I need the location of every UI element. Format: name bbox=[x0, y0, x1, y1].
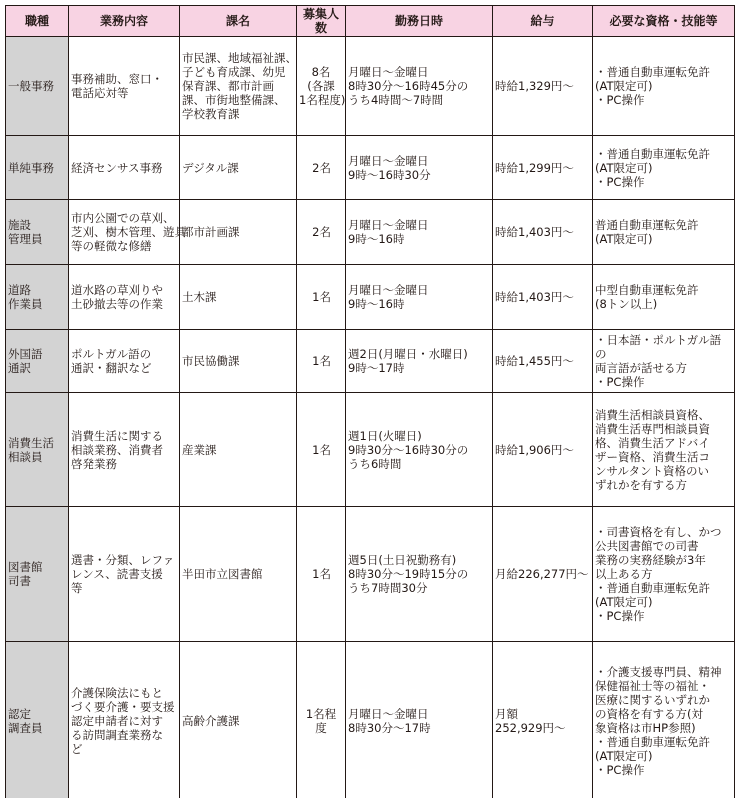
job-type-line: 作業員 bbox=[8, 297, 66, 311]
work-hours-cell: 月曜日～金曜日9時～16時 bbox=[346, 265, 493, 330]
job-type-cell: 消費生活相談員 bbox=[6, 393, 69, 507]
duties-line: 等の軽微な修繕 bbox=[71, 239, 177, 253]
job-type-line: 施設 bbox=[8, 218, 66, 232]
duties-line: レンス、読書支援 bbox=[71, 567, 177, 581]
job-type-line: 相談員 bbox=[8, 450, 66, 464]
duties-line: 介護保険法にもと bbox=[71, 686, 177, 700]
job-type-line: 道路 bbox=[8, 283, 66, 297]
work-hours-line: 週2日(月曜日・水曜日) bbox=[348, 347, 490, 361]
openings-line: 1名 bbox=[299, 290, 331, 304]
work-hours-line: 週1日(火曜日) bbox=[348, 429, 490, 443]
qualifications-line: ンサルタント資格のい bbox=[595, 464, 732, 478]
openings-line: 1名 bbox=[299, 443, 331, 457]
openings-cell: 1名 bbox=[297, 330, 346, 393]
job-type-cell: 道路作業員 bbox=[6, 265, 69, 330]
duties-line: 電話応対等 bbox=[71, 86, 177, 100]
qualifications-line: ・PC操作 bbox=[595, 763, 732, 777]
qualifications-line: ・普通自動車運転免許 bbox=[595, 147, 732, 161]
work-hours-cell: 週1日(火曜日)9時30分～16時30分のうち6時間 bbox=[346, 393, 493, 507]
department-cell: 市民課、地域福祉課、子ども育成課、幼児保育課、都市計画課、市街地整備課、学校教育… bbox=[180, 37, 297, 136]
department-cell: 土木課 bbox=[180, 265, 297, 330]
qualifications-line: 公共図書館での司書 bbox=[595, 539, 732, 553]
qualifications-line: (AT限定可) bbox=[595, 595, 732, 609]
duties-line: ポルトガル語の bbox=[71, 347, 177, 361]
header-job-type: 職種 bbox=[6, 6, 69, 37]
qualifications-line: ・介護支援専門員、精神 bbox=[595, 665, 732, 679]
qualifications-line: (AT限定可) bbox=[595, 232, 732, 246]
department-line: 課、市街地整備課、 bbox=[182, 93, 294, 107]
job-listing-table: 職種 業務内容 課名 募集人数 勤務日時 給与 必要な資格・技能等 一般事務事務… bbox=[5, 5, 735, 798]
job-type-line: 認定 bbox=[8, 707, 66, 721]
pay-cell: 時給1,329円～ bbox=[493, 37, 593, 136]
duties-cell: 市内公園での草刈、芝刈、樹木管理、遊具等の軽微な修繕 bbox=[69, 200, 180, 265]
department-cell: 都市計画課 bbox=[180, 200, 297, 265]
work-hours-line: うち7時間30分 bbox=[348, 581, 490, 595]
work-hours-line: 月曜日～金曜日 bbox=[348, 707, 490, 721]
pay-line: 252,929円～ bbox=[495, 721, 590, 735]
work-hours-line: 週5日(土日祝勤務有) bbox=[348, 553, 490, 567]
pay-cell: 月給226,277円～ bbox=[493, 507, 593, 642]
job-type-cell: 施設管理員 bbox=[6, 200, 69, 265]
pay-line: 時給1,403円～ bbox=[495, 225, 590, 239]
work-hours-cell: 月曜日～金曜日8時30分～16時45分のうち4時間～7時間 bbox=[346, 37, 493, 136]
pay-line: 月給226,277円～ bbox=[495, 567, 590, 581]
job-type-line: 外国語 bbox=[8, 347, 66, 361]
department-line: 学校教育課 bbox=[182, 107, 294, 121]
openings-line: 1名 bbox=[299, 567, 331, 581]
table-row: 一般事務事務補助、窓口・電話応対等市民課、地域福祉課、子ども育成課、幼児保育課、… bbox=[6, 37, 735, 136]
openings-line: 1名 bbox=[299, 354, 331, 368]
work-hours-line: 8時30分～16時45分の bbox=[348, 79, 490, 93]
qualifications-line: 普通自動車運転免許 bbox=[595, 218, 732, 232]
qualifications-cell: ・司書資格を有し、かつ 公共図書館での司書 業務の実務経験が3年 以上ある方・普… bbox=[593, 507, 735, 642]
header-row: 職種 業務内容 課名 募集人数 勤務日時 給与 必要な資格・技能等 bbox=[6, 6, 735, 37]
work-hours-cell: 週5日(土日祝勤務有)8時30分～19時15分のうち7時間30分 bbox=[346, 507, 493, 642]
table-row: 施設管理員市内公園での草刈、芝刈、樹木管理、遊具等の軽微な修繕都市計画課2名月曜… bbox=[6, 200, 735, 265]
pay-cell: 時給1,906円～ bbox=[493, 393, 593, 507]
job-type-cell: 一般事務 bbox=[6, 37, 69, 136]
openings-line: 度 bbox=[299, 721, 343, 735]
openings-cell: 2名 bbox=[297, 200, 346, 265]
department-line: 保育課、都市計画 bbox=[182, 79, 294, 93]
work-hours-line: 月曜日～金曜日 bbox=[348, 283, 490, 297]
table-row: 単純事務経済センサス事務デジタル課2名月曜日～金曜日9時～16時30分時給1,2… bbox=[6, 136, 735, 200]
job-type-line: 単純事務 bbox=[8, 161, 66, 175]
work-hours-line: 8時30分～19時15分の bbox=[348, 567, 490, 581]
work-hours-cell: 月曜日～金曜日9時～16時 bbox=[346, 200, 493, 265]
pay-line: 時給1,906円～ bbox=[495, 443, 590, 457]
job-type-line: 司書 bbox=[8, 574, 66, 588]
job-type-cell: 認定調査員 bbox=[6, 642, 69, 798]
openings-line: 2名 bbox=[299, 225, 331, 239]
job-type-line: 図書館 bbox=[8, 560, 66, 574]
header-openings: 募集人数 bbox=[297, 6, 346, 37]
work-hours-line: 9時～16時 bbox=[348, 232, 490, 246]
job-type-cell: 外国語通訳 bbox=[6, 330, 69, 393]
table-body: 一般事務事務補助、窓口・電話応対等市民課、地域福祉課、子ども育成課、幼児保育課、… bbox=[6, 37, 735, 798]
duties-line: 消費生活に関する bbox=[71, 429, 177, 443]
job-type-line: 一般事務 bbox=[8, 79, 66, 93]
job-type-cell: 図書館司書 bbox=[6, 507, 69, 642]
duties-line: 選書・分類、レファ bbox=[71, 553, 177, 567]
qualifications-line: (AT限定可) bbox=[595, 79, 732, 93]
department-cell: デジタル課 bbox=[180, 136, 297, 200]
department-line: 産業課 bbox=[182, 443, 294, 457]
qualifications-line: 格、消費生活アドバイ bbox=[595, 436, 732, 450]
department-line: 半田市立図書館 bbox=[182, 567, 294, 581]
openings-cell: 1名程度 bbox=[297, 642, 346, 798]
duties-line: る訪問調査業務な bbox=[71, 728, 177, 742]
qualifications-line: の資格を有する方(対 bbox=[595, 707, 732, 721]
qualifications-line: ・普通自動車運転免許 bbox=[595, 735, 732, 749]
duties-cell: 選書・分類、レファレンス、読書支援等 bbox=[69, 507, 180, 642]
qualifications-line: ・日本語・ポルトガル語の bbox=[595, 333, 732, 361]
work-hours-line: うち6時間 bbox=[348, 457, 490, 471]
duties-line: 道水路の草刈りや bbox=[71, 283, 177, 297]
duties-line: 通訳・翻訳など bbox=[71, 361, 177, 375]
openings-cell: 2名 bbox=[297, 136, 346, 200]
duties-line: 芝刈、樹木管理、遊具 bbox=[71, 225, 177, 239]
work-hours-cell: 週2日(月曜日・水曜日)9時～17時 bbox=[346, 330, 493, 393]
department-cell: 高齢介護課 bbox=[180, 642, 297, 798]
pay-cell: 時給1,403円～ bbox=[493, 200, 593, 265]
header-qualifications: 必要な資格・技能等 bbox=[593, 6, 735, 37]
qualifications-line: 消費生活相談員資格、 bbox=[595, 408, 732, 422]
qualifications-cell: ・介護支援専門員、精神 保健福祉士等の福祉・ 医療に関するいずれか の資格を有す… bbox=[593, 642, 735, 798]
header-department: 課名 bbox=[180, 6, 297, 37]
department-cell: 半田市立図書館 bbox=[180, 507, 297, 642]
duties-cell: 道水路の草刈りや土砂撤去等の作業 bbox=[69, 265, 180, 330]
qualifications-line: (AT限定可) bbox=[595, 161, 732, 175]
openings-line: 1名程 bbox=[299, 707, 343, 721]
department-line: 土木課 bbox=[182, 290, 294, 304]
qualifications-line: ・PC操作 bbox=[595, 609, 732, 623]
duties-line: 啓発業務 bbox=[71, 457, 177, 471]
duties-cell: ポルトガル語の通訳・翻訳など bbox=[69, 330, 180, 393]
department-cell: 市民協働課 bbox=[180, 330, 297, 393]
job-type-cell: 単純事務 bbox=[6, 136, 69, 200]
qualifications-line: ・PC操作 bbox=[595, 93, 732, 107]
qualifications-line: 中型自動車運転免許 bbox=[595, 283, 732, 297]
work-hours-line: 月曜日～金曜日 bbox=[348, 154, 490, 168]
openings-line: 8名 bbox=[299, 65, 343, 79]
department-line: 市民協働課 bbox=[182, 354, 294, 368]
duties-line: 等 bbox=[71, 581, 177, 595]
work-hours-cell: 月曜日～金曜日8時30分～17時 bbox=[346, 642, 493, 798]
duties-line: 認定申請者に対す bbox=[71, 714, 177, 728]
qualifications-line: ・普通自動車運転免許 bbox=[595, 581, 732, 595]
header-duties: 業務内容 bbox=[69, 6, 180, 37]
pay-line: 時給1,329円～ bbox=[495, 79, 590, 93]
department-line: 市民課、地域福祉課、 bbox=[182, 51, 294, 65]
job-type-line: 管理員 bbox=[8, 232, 66, 246]
qualifications-cell: 消費生活相談員資格、消費生活専門相談員資格、消費生活アドバイザー資格、消費生活コ… bbox=[593, 393, 735, 507]
openings-cell: 1名 bbox=[297, 265, 346, 330]
table-row: 外国語通訳ポルトガル語の通訳・翻訳など市民協働課1名週2日(月曜日・水曜日)9時… bbox=[6, 330, 735, 393]
department-line: 子ども育成課、幼児 bbox=[182, 65, 294, 79]
department-cell: 産業課 bbox=[180, 393, 297, 507]
job-type-line: 調査員 bbox=[8, 721, 66, 735]
work-hours-line: 9時～16時 bbox=[348, 297, 490, 311]
table-row: 認定調査員介護保険法にもとづく要介護・要支援認定申請者に対する訪問調査業務など高… bbox=[6, 642, 735, 798]
qualifications-cell: ・日本語・ポルトガル語の 両言語が話せる方・PC操作 bbox=[593, 330, 735, 393]
pay-line: 時給1,455円～ bbox=[495, 354, 590, 368]
duties-cell: 経済センサス事務 bbox=[69, 136, 180, 200]
qualifications-line: ・PC操作 bbox=[595, 175, 732, 189]
qualifications-line: ・普通自動車運転免許 bbox=[595, 65, 732, 79]
pay-line: 月額 bbox=[495, 707, 590, 721]
openings-line: 1名程度) bbox=[299, 93, 343, 107]
duties-line: 土砂撤去等の作業 bbox=[71, 297, 177, 311]
qualifications-line: 保健福祉士等の福祉・ bbox=[595, 679, 732, 693]
openings-cell: 8名(各課1名程度) bbox=[297, 37, 346, 136]
work-hours-line: 9時30分～16時30分の bbox=[348, 443, 490, 457]
work-hours-line: 月曜日～金曜日 bbox=[348, 218, 490, 232]
work-hours-line: 9時～17時 bbox=[348, 361, 490, 375]
department-line: デジタル課 bbox=[182, 161, 294, 175]
pay-cell: 月額252,929円～ bbox=[493, 642, 593, 798]
duties-cell: 介護保険法にもとづく要介護・要支援認定申請者に対する訪問調査業務など bbox=[69, 642, 180, 798]
qualifications-cell: 普通自動車運転免許(AT限定可) bbox=[593, 200, 735, 265]
table-row: 道路作業員道水路の草刈りや土砂撤去等の作業土木課1名月曜日～金曜日9時～16時時… bbox=[6, 265, 735, 330]
pay-cell: 時給1,403円～ bbox=[493, 265, 593, 330]
duties-line: づく要介護・要支援 bbox=[71, 700, 177, 714]
duties-cell: 消費生活に関する相談業務、消費者啓発業務 bbox=[69, 393, 180, 507]
qualifications-line: (8トン以上) bbox=[595, 297, 732, 311]
duties-line: 相談業務、消費者 bbox=[71, 443, 177, 457]
job-type-line: 通訳 bbox=[8, 361, 66, 375]
qualifications-cell: 中型自動車運転免許(8トン以上) bbox=[593, 265, 735, 330]
duties-line: 事務補助、窓口・ bbox=[71, 72, 177, 86]
duties-line: 市内公園での草刈、 bbox=[71, 211, 177, 225]
qualifications-cell: ・普通自動車運転免許 (AT限定可)・PC操作 bbox=[593, 136, 735, 200]
job-type-line: 消費生活 bbox=[8, 436, 66, 450]
department-line: 高齢介護課 bbox=[182, 714, 294, 728]
duties-cell: 事務補助、窓口・電話応対等 bbox=[69, 37, 180, 136]
duties-line: 経済センサス事務 bbox=[71, 161, 177, 175]
table-row: 図書館司書選書・分類、レファレンス、読書支援等半田市立図書館1名週5日(土日祝勤… bbox=[6, 507, 735, 642]
pay-line: 時給1,299円～ bbox=[495, 161, 590, 175]
qualifications-cell: ・普通自動車運転免許 (AT限定可)・PC操作 bbox=[593, 37, 735, 136]
duties-line: ど bbox=[71, 742, 177, 756]
work-hours-line: 9時～16時30分 bbox=[348, 168, 490, 182]
qualifications-line: ・PC操作 bbox=[595, 375, 732, 389]
openings-line: (各課 bbox=[299, 79, 343, 93]
qualifications-line: 医療に関するいずれか bbox=[595, 693, 732, 707]
header-pay: 給与 bbox=[493, 6, 593, 37]
header-work-hours: 勤務日時 bbox=[346, 6, 493, 37]
work-hours-line: 8時30分～17時 bbox=[348, 721, 490, 735]
qualifications-line: 業務の実務経験が3年 bbox=[595, 553, 732, 567]
qualifications-line: (AT限定可) bbox=[595, 749, 732, 763]
department-line: 都市計画課 bbox=[182, 225, 294, 239]
qualifications-line: ・司書資格を有し、かつ bbox=[595, 525, 732, 539]
work-hours-cell: 月曜日～金曜日9時～16時30分 bbox=[346, 136, 493, 200]
qualifications-line: ザー資格、消費生活コ bbox=[595, 450, 732, 464]
pay-cell: 時給1,455円～ bbox=[493, 330, 593, 393]
table-row: 消費生活相談員消費生活に関する相談業務、消費者啓発業務産業課1名週1日(火曜日)… bbox=[6, 393, 735, 507]
qualifications-line: 象資格は市HP参照) bbox=[595, 721, 732, 735]
qualifications-line: 消費生活専門相談員資 bbox=[595, 422, 732, 436]
qualifications-line: ずれかを有する方 bbox=[595, 478, 732, 492]
qualifications-line: 両言語が話せる方 bbox=[595, 361, 732, 375]
qualifications-line: 以上ある方 bbox=[595, 567, 732, 581]
work-hours-line: うち4時間～7時間 bbox=[348, 93, 490, 107]
pay-cell: 時給1,299円～ bbox=[493, 136, 593, 200]
work-hours-line: 月曜日～金曜日 bbox=[348, 65, 490, 79]
openings-cell: 1名 bbox=[297, 393, 346, 507]
openings-cell: 1名 bbox=[297, 507, 346, 642]
openings-line: 2名 bbox=[299, 161, 331, 175]
pay-line: 時給1,403円～ bbox=[495, 290, 590, 304]
